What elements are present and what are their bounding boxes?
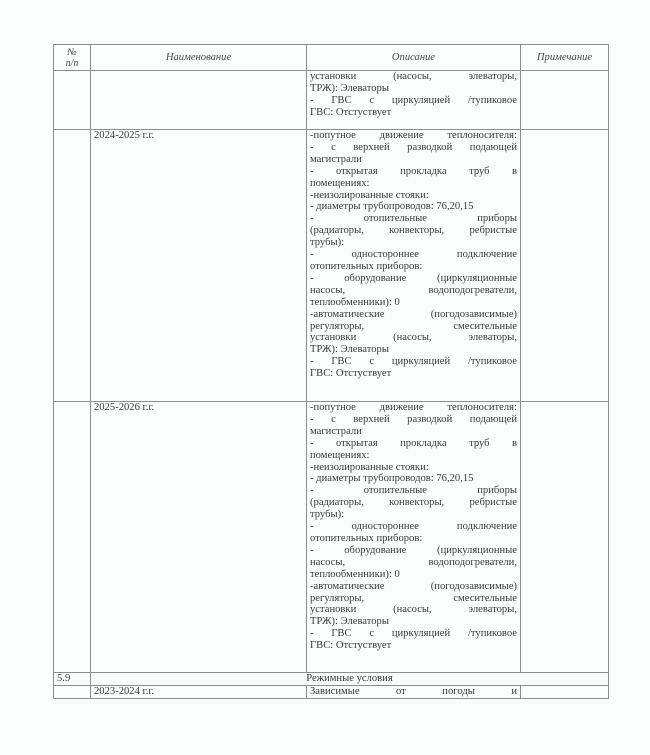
description-line: ГВС: Отстуствует [310,640,517,652]
description-line: Зависимые от погоды и [310,686,517,698]
description-line: ТРЖ): Элеваторы [310,616,517,628]
description-line: трубы): [310,237,517,249]
description-line: регуляторы, смесительные [310,593,517,605]
description-line: - ГВС с циркуляцией /тупиковое [310,356,517,368]
description-line: - открытая прокладка труб в [310,166,517,178]
description-line: -попутное движение теплоносителя: [310,402,517,414]
description-line: насосы, водоподогреватели, [310,557,517,569]
table-row: 2024-2025 г.г. -попутное движение теплон… [54,130,609,402]
description-line: (радиаторы, конвекторы, ребристые [310,497,517,509]
row-name: 2024-2025 г.г. [91,130,307,402]
description-line: -автоматические (погодозависимые) [310,581,517,593]
row-description: -попутное движение теплоносителя:- с вер… [307,402,521,673]
table-row: 2025-2026 г.г. -попутное движение теплон… [54,402,609,673]
description-line: - с верхней разводкой подающей [310,142,517,154]
row-name: 2023-2024 г.г. [91,686,307,699]
description-line: ГВС: Отстуствует [310,368,517,380]
table-row: установки (насосы, элеваторы,ТРЖ): Элева… [54,71,609,130]
description-line: - отопительные приборы [310,213,517,225]
description-line: теплообменники): 0 [310,569,517,581]
header-name: Наименование [91,45,307,71]
section-row: 5.9 Режимные условия [54,673,609,686]
description-line: помещениях: [310,450,517,462]
description-line: - оборудование (циркуляционные [310,273,517,285]
row-note [521,686,609,699]
table-row: 2023-2024 г.г. Зависимые от погоды и [54,686,609,699]
description-line: ТРЖ): Элеваторы [310,344,517,356]
row-note [521,71,609,130]
description-line: теплообменники): 0 [310,297,517,309]
description-line: регуляторы, смесительные [310,321,517,333]
row-name [91,71,307,130]
section-number: 5.9 [54,673,91,686]
row-description: установки (насосы, элеваторы,ТРЖ): Элева… [307,71,521,130]
description-line: -попутное движение теплоносителя: [310,130,517,142]
description-line: установки (насосы, элеваторы, [310,604,517,616]
description-line: -автоматические (погодозависимые) [310,309,517,321]
description-line: - диаметры трубопроводов: 76,20,15 [310,473,517,485]
row-number [54,71,91,130]
description-line: - ГВС с циркуляцией /тупиковое [310,95,517,107]
description-line: насосы, водоподогреватели, [310,285,517,297]
document-table: № п/п Наименование Описание Примечание у… [53,44,609,699]
row-description: Зависимые от погоды и [307,686,521,699]
section-title: Режимные условия [91,673,609,686]
header-number: № п/п [54,45,91,71]
row-number [54,130,91,402]
row-note [521,402,609,673]
description-line: магистрали [310,426,517,438]
row-description: -попутное движение теплоносителя:- с вер… [307,130,521,402]
description-line: - оборудование (циркуляционные [310,545,517,557]
row-number [54,402,91,673]
description-line: помещениях: [310,178,517,190]
description-line: ТРЖ): Элеваторы [310,83,517,95]
row-name: 2025-2026 г.г. [91,402,307,673]
description-line: - одностороннее подключение [310,521,517,533]
description-line: отопительных приборов: [310,533,517,545]
description-line: - диаметры трубопроводов: 76,20,15 [310,201,517,213]
description-line: - одностороннее подключение [310,249,517,261]
description-line: установки (насосы, элеваторы, [310,332,517,344]
description-line: отопительных приборов: [310,261,517,273]
header-note: Примечание [521,45,609,71]
description-line: трубы): [310,509,517,521]
table-header-row: № п/п Наименование Описание Примечание [54,45,609,71]
description-line: ГВС: Отстуствует [310,107,517,119]
description-line: - открытая прокладка труб в [310,438,517,450]
description-line: -неизолированные стояки: [310,190,517,202]
row-number [54,686,91,699]
description-line: - отопительные приборы [310,485,517,497]
description-line: -неизолированные стояки: [310,462,517,474]
description-line: - ГВС с циркуляцией /тупиковое [310,628,517,640]
description-line: - с верхней разводкой подающей [310,414,517,426]
header-number-symbol: № [67,47,76,58]
description-line: установки (насосы, элеваторы, [310,71,517,83]
row-note [521,130,609,402]
header-number-abbr: п/п [66,58,79,69]
header-description: Описание [307,45,521,71]
description-line: магистрали [310,154,517,166]
description-line: (радиаторы, конвекторы, ребристые [310,225,517,237]
